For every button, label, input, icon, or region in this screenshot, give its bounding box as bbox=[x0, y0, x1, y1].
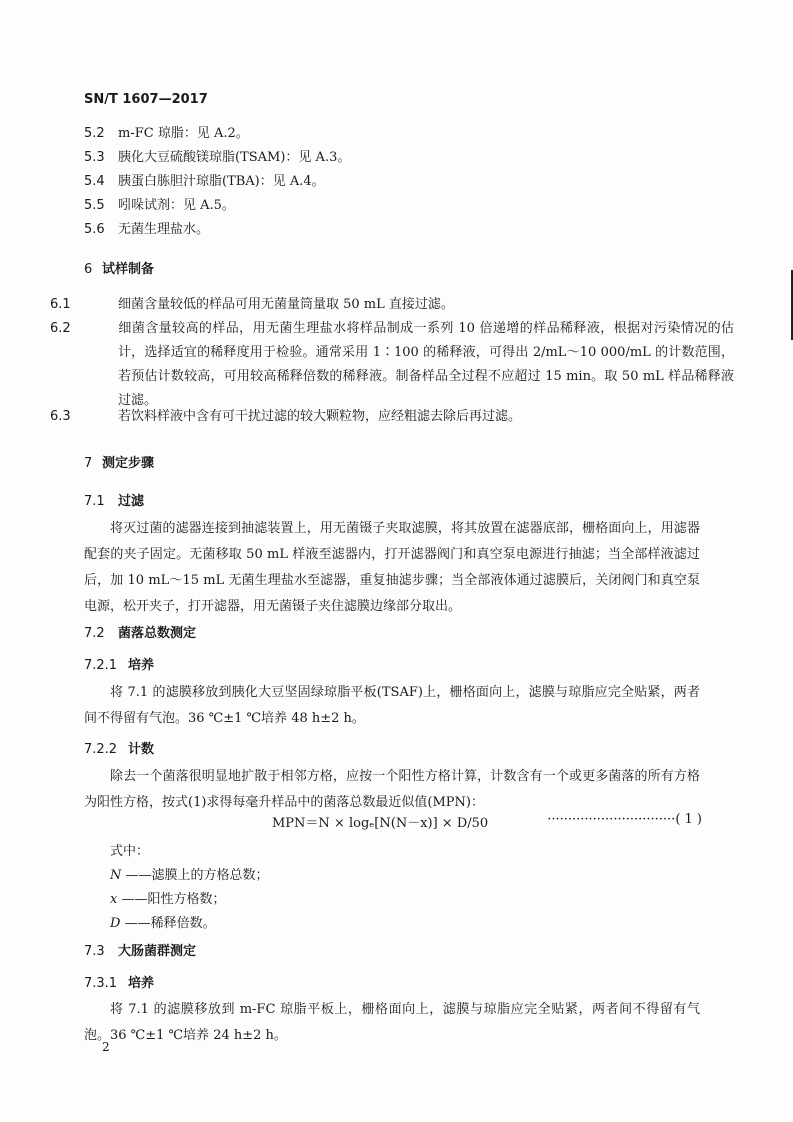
paragraph-7-2-1: 将 7.1 的滤膜移放到胰化大豆坚固绿琼脂平板(TSAF)上，栅格面向上，滤膜与… bbox=[84, 680, 700, 732]
definition-x: x ——阳性方格数； bbox=[110, 888, 226, 907]
formula-1: MPN＝N × logₑ[N(N－x)] × D/50 ············… bbox=[272, 812, 702, 831]
section-heading: 6试样制备 bbox=[84, 258, 154, 277]
subsection-heading: 7.1过滤 bbox=[84, 490, 144, 509]
clause-6-1: 6.1细菌含量较低的样品可用无菌量筒量取 50 mL 直接过滤。 bbox=[84, 293, 734, 317]
paragraph-7-3-1: 将 7.1 的滤膜移放到 m-FC 琼脂平板上，栅格面向上，滤膜与琼脂应完全贴紧… bbox=[84, 997, 700, 1049]
clause-6-2: 6.2细菌含量较高的样品，用无菌生理盐水将样品制成一系列 10 倍递增的样品稀释… bbox=[84, 317, 734, 413]
where-label: 式中： bbox=[110, 840, 149, 859]
standard-id: SN/T 1607—2017 bbox=[84, 92, 208, 107]
definition-N: N ——滤膜上的方格总数； bbox=[110, 864, 269, 883]
subsection-heading: 7.2菌落总数测定 bbox=[84, 622, 196, 641]
paragraph-7-2-2: 除去一个菌落很明显地扩散于相邻方格，应按一个阳性方格计算，计数含有一个或更多菌落… bbox=[84, 764, 700, 816]
list-item: 5.2m-FC 琼脂：见 A.2。 bbox=[84, 126, 249, 142]
list-item: 5.4胰蛋白胨胆汁琼脂(TBA)：见 A.4。 bbox=[84, 174, 325, 190]
definition-D: D ——稀释倍数。 bbox=[110, 912, 216, 931]
list-item: 5.5吲哚试剂：见 A.5。 bbox=[84, 198, 235, 214]
paragraph-7-1: 将灭过菌的滤器连接到抽滤装置上，用无菌镊子夹取滤膜，将其放置在滤器底部，栅格面向… bbox=[84, 516, 700, 620]
clause-6-3: 6.3若饮料样液中含有可干扰过滤的较大颗粒物，应经粗滤去除后再过滤。 bbox=[84, 405, 734, 429]
list-item: 5.6无菌生理盐水。 bbox=[84, 222, 209, 238]
formula-leader: ·······························( 1 ) bbox=[547, 812, 702, 831]
formula-expression: MPN＝N × logₑ[N(N－x)] × D/50 bbox=[272, 812, 488, 831]
section-heading: 7测定步骤 bbox=[84, 452, 154, 471]
list-item: 5.3胰化大豆硫酸镁琼脂(TSAM)：见 A.3。 bbox=[84, 150, 350, 166]
subsection-heading: 7.2.2计数 bbox=[84, 738, 154, 757]
subsection-heading: 7.3大肠菌群测定 bbox=[84, 940, 196, 959]
subsection-heading: 7.2.1培养 bbox=[84, 654, 154, 673]
subsection-heading: 7.3.1培养 bbox=[84, 972, 154, 991]
document-page: SN/T 1607—2017 5.2m-FC 琼脂：见 A.2。 5.3胰化大豆… bbox=[0, 0, 793, 1122]
page-number: 2 bbox=[102, 1040, 110, 1054]
